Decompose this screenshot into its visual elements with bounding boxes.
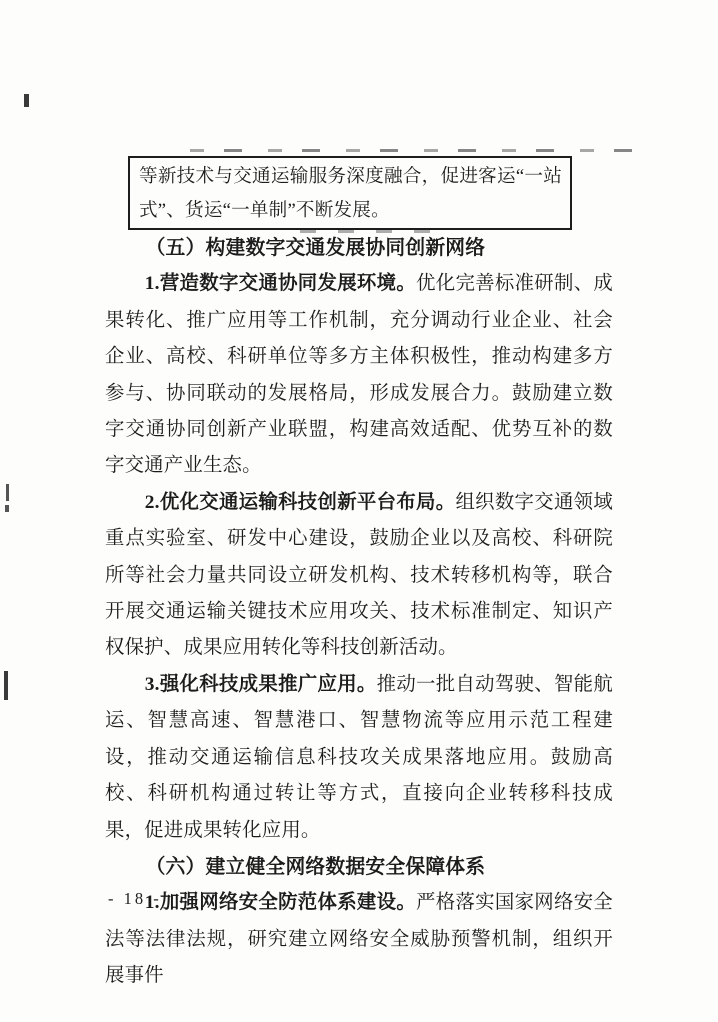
document-page: 等新技术与交通运输服务深度融合，促进客运“一站式”、货运“一单制”不断发展。 （… [0, 0, 718, 1022]
section-heading-5: （五）构建数字交通发展协同创新网络 [105, 230, 613, 266]
scan-artifact-mark-1 [24, 94, 29, 107]
paragraph-2-text: 组织数字交通领域重点实验室、研发中心建设，鼓励企业以及高校、科研院所等社会力量共… [105, 492, 613, 659]
paragraph-1-text: 优化完善标准研制、成果转化、推广应用等工作机制，充分调动行业企业、社会企业、高校… [105, 273, 613, 476]
paragraph-2: 2.优化交通运输科技创新平台布局。组织数字交通领域重点实验室、研发中心建设，鼓励… [105, 485, 613, 667]
paragraph-3: 3.强化科技成果推广应用。推动一批自动驾驶、智能航运、智慧高速、智慧港口、智慧物… [105, 667, 613, 849]
paragraph-1-lead: 1.营造数字交通协同发展环境。 [145, 273, 416, 294]
scan-artifact-mark-2 [6, 484, 9, 501]
scan-artifact-mark-3 [5, 505, 9, 512]
paragraph-2-lead: 2.优化交通运输科技创新平台布局。 [145, 492, 456, 513]
page-number: - 18 - [108, 889, 162, 909]
highlighted-text-box: 等新技术与交通运输服务深度融合，促进客运“一站式”、货运“一单制”不断发展。 [128, 156, 572, 230]
box-text: 等新技术与交通运输服务深度融合，促进客运“一站式”、货运“一单制”不断发展。 [139, 160, 562, 228]
scan-artifact-mark-4 [4, 671, 8, 700]
paragraph-4: 1.加强网络安全防范体系建设。严格落实国家网络安全法等法律法规，研究建立网络安全… [105, 885, 613, 994]
document-body: （五）构建数字交通发展协同创新网络 1.营造数字交通协同发展环境。优化完善标准研… [105, 230, 613, 995]
paragraph-4-lead: 1.加强网络安全防范体系建设。 [145, 892, 416, 913]
scan-artifact-dashes-top [190, 149, 645, 152]
paragraph-3-lead: 3.强化科技成果推广应用。 [145, 674, 377, 695]
section-heading-6: （六）建立健全网络数据安全保障体系 [105, 849, 613, 885]
paragraph-1: 1.营造数字交通协同发展环境。优化完善标准研制、成果转化、推广应用等工作机制，充… [105, 266, 613, 484]
paragraph-3-text: 推动一批自动驾驶、智能航运、智慧高速、智慧港口、智慧物流等应用示范工程建设，推动… [105, 674, 613, 841]
